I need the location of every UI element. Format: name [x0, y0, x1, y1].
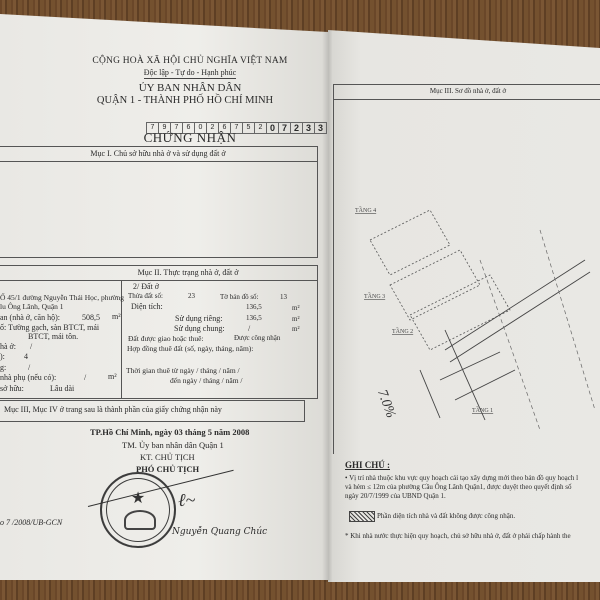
allocation-value: Được công nhận — [234, 334, 280, 342]
house-address-line2: lu Ông Lãnh, Quận 1 — [0, 302, 64, 311]
document-number: o 7 /2008/UB-GCN — [0, 518, 62, 527]
hatch-legend-text: Phần diện tích nhà và đất không được côn… — [377, 512, 515, 521]
map-sheet-value: 13 — [280, 293, 287, 301]
hatch-legend-icon — [349, 511, 375, 522]
on-behalf-line: TM. Ủy ban nhân dân Quận 1 — [122, 440, 224, 450]
map-sheet-label: Tờ bản đồ số: — [220, 293, 259, 301]
allocation-label: Đất được giao hoặc thuê: — [128, 334, 204, 343]
svg-text:TẦNG 4: TẦNG 4 — [355, 206, 376, 214]
floor4-outline — [370, 210, 450, 275]
house-floors-label: ): — [0, 352, 5, 361]
svg-text:TẦNG 3: TẦNG 3 — [364, 292, 385, 300]
land-area-label: Diện tích: — [131, 302, 163, 311]
district-name: QUẬN 1 - THÀNH PHỐ HỒ CHÍ MINH — [40, 95, 330, 106]
land-area-unit: m² — [292, 304, 300, 312]
svg-text:TẦNG 1: TẦNG 1 — [472, 406, 493, 414]
house-misc-label: g: — [0, 363, 6, 372]
house-floors-value: 4 — [24, 352, 28, 361]
star-emblem-icon: ★ — [102, 488, 174, 508]
house-field-a-label: hà ở: — [0, 342, 16, 351]
ownership-label: sở hữu: — [0, 384, 24, 393]
motto-text: Độc lập - Tự do - Hạnh phúc — [144, 68, 236, 79]
shared-use-unit: m² — [292, 325, 300, 333]
house-address-line1: Ố 45/1 đường Nguyễn Thái Học, phường — [0, 293, 124, 302]
official-seal-stamp: ★ — [100, 472, 176, 548]
private-use-value: 136,5 — [246, 314, 262, 322]
land-heading: 2/ Đất ở — [133, 282, 159, 291]
house-structure-line1: ố: Tường gạch, sàn BTCT, mái — [0, 323, 99, 332]
floor3-outline — [390, 250, 480, 320]
section2-heading: Mục II. Thực trạng nhà ở, đất ở — [59, 268, 317, 277]
aux-area-unit: m² — [108, 372, 117, 381]
house-misc-value: / — [28, 363, 30, 372]
section3-note-box: Mục III, Mục IV ở trang sau là thành phầ… — [0, 400, 305, 422]
notes-heading: GHI CHÚ : — [345, 460, 390, 470]
house-area-unit: m² — [112, 312, 121, 321]
private-use-label: Sử dụng riêng: — [175, 314, 222, 323]
gear-emblem-icon — [124, 510, 156, 530]
shared-use-label: Sử dụng chung: — [174, 324, 225, 333]
lease-to: đến ngày / tháng / năm / — [170, 376, 242, 385]
lease-contract-label: Hợp đồng thuê đất (số, ngày, tháng, năm)… — [127, 344, 253, 353]
aux-area-label: nhà phụ (nếu có): — [0, 373, 56, 382]
place-date: TP.Hồ Chí Minh, ngày 03 tháng 5 năm 2008 — [90, 427, 249, 437]
svg-text:TẦNG 2: TẦNG 2 — [392, 327, 413, 335]
house-structure-line2: BTCT, mái tôn. — [28, 332, 78, 341]
signer-name: Nguyễn Quang Chúc — [172, 527, 267, 537]
house-area-value: 508,5 — [82, 313, 100, 322]
section3-heading: Mục III. Sơ đồ nhà ở, đất ở — [333, 87, 600, 95]
lease-from: Thời gian thuê từ ngày / tháng / năm / — [126, 366, 240, 375]
section2-heading-bar: Mục II. Thực trạng nhà ở, đất ở — [0, 266, 317, 281]
section3-heading-bar: Mục III. Sơ đồ nhà ở, đất ở — [333, 84, 600, 100]
note1-line2: và hẻm ≤ 12m của phường Cầu Ông Lãnh Quậ… — [345, 483, 571, 492]
motto: Độc lập - Tự do - Hạnh phúc — [60, 68, 320, 77]
house-field-a-value: / — [30, 342, 32, 351]
aux-area-value: / — [84, 373, 86, 382]
parcel-value: 23 — [188, 292, 195, 300]
shared-use-value: / — [248, 324, 250, 333]
authority-name: ỦY BAN NHÂN DÂN — [60, 82, 320, 94]
country-header: CỘNG HOÀ XÃ HỘI CHỦ NGHĨA VIỆT NAM — [60, 56, 320, 66]
section1-owner-box: Mục I. Chủ sở hữu nhà ở và sử dụng đất ở — [0, 146, 318, 258]
private-use-unit: m² — [292, 315, 300, 323]
ownership-value: Lâu dài — [50, 384, 74, 393]
signature-scribble: ℓ~ — [178, 490, 195, 511]
section1-heading-bar: Mục I. Chủ sở hữu nhà ở và sử dụng đất ở — [0, 147, 317, 162]
section1-heading: Mục I. Chủ sở hữu nhà ở và sử dụng đất ở — [0, 149, 317, 158]
house-area-label: an (nhà ở, căn hộ): — [0, 313, 60, 322]
certificate-title: CHỨNG NHẬN — [60, 130, 320, 146]
note1-line3: ngày 20/7/1999 của UBND Quận 1. — [345, 492, 446, 501]
land-area-value: 136,5 — [246, 303, 262, 311]
note1-line1: • Vị trí nhà thuộc khu vực quy hoạch cải… — [345, 474, 578, 483]
section3-note: Mục III, Mục IV ở trang sau là thành phầ… — [4, 405, 222, 414]
note2: * Khi nhà nước thực hiện quy hoạch, chủ … — [345, 532, 571, 541]
role-chairman: KT. CHỦ TỊCH — [140, 452, 195, 462]
parcel-label: Thửa đất số: — [128, 292, 163, 300]
